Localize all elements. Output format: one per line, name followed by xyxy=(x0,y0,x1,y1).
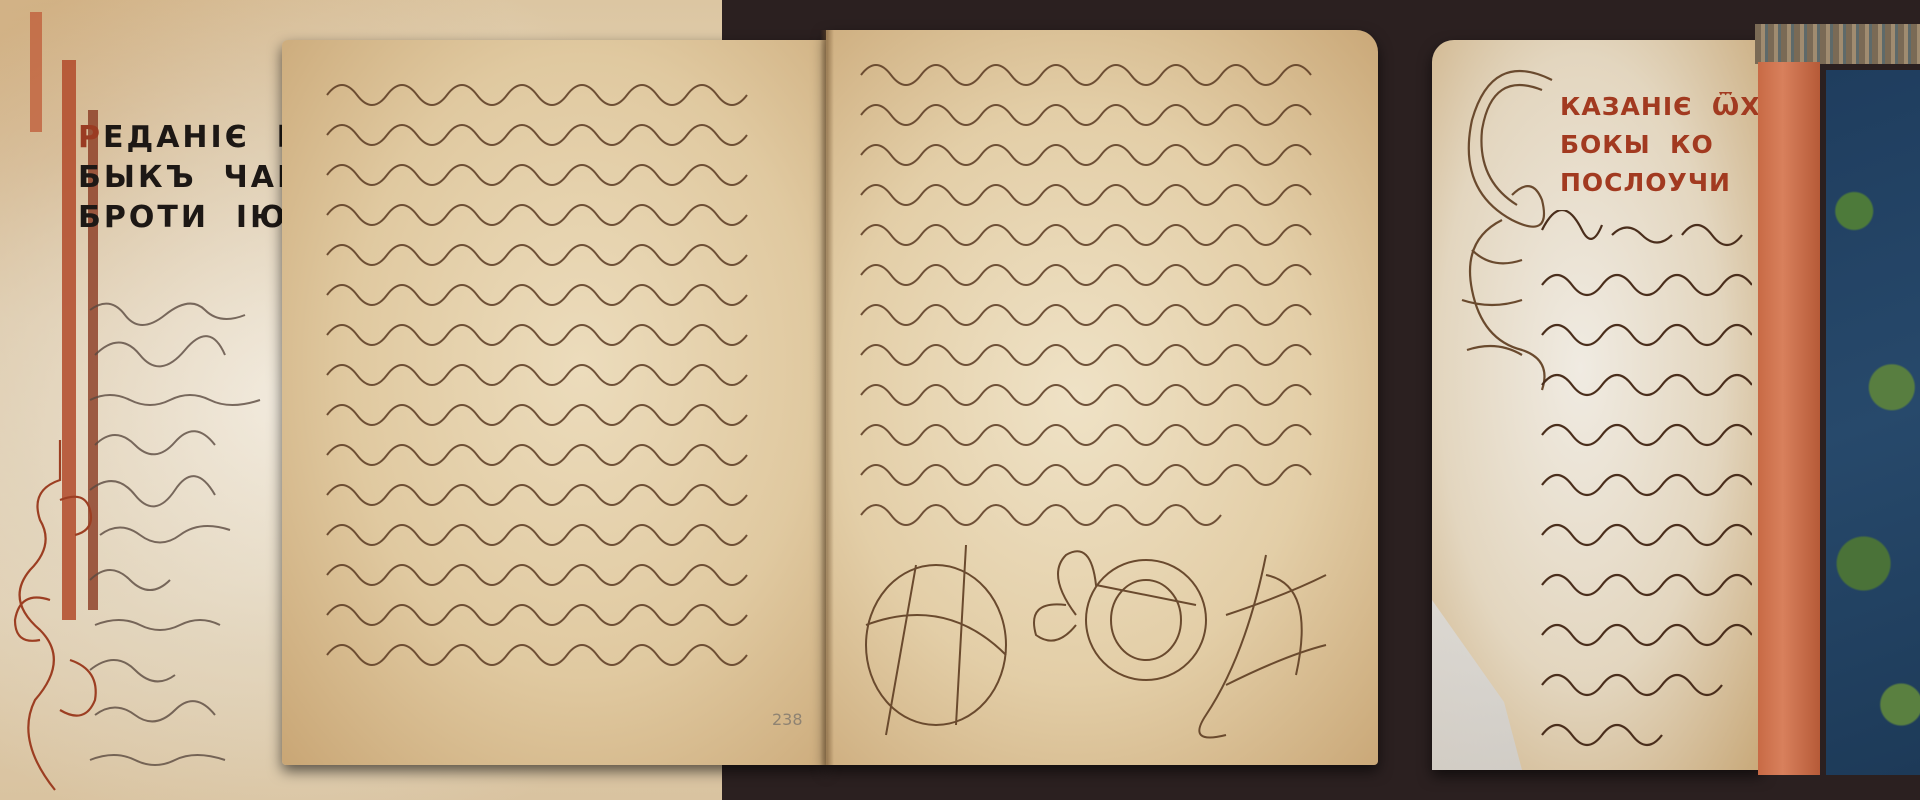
cursive-handwriting-right xyxy=(856,60,1356,530)
heading-line-2: БОКЫ КО xyxy=(1560,130,1714,159)
heading-line-3: ПОСЛОУЧИ xyxy=(1560,168,1731,197)
open-cursive-manuscript-book: 238 xyxy=(282,30,1378,770)
illuminated-initial-top xyxy=(30,12,122,132)
book-left-page xyxy=(282,40,826,765)
page-number: 238 xyxy=(772,710,803,729)
decorative-monogram-signatures xyxy=(846,535,1346,745)
floral-flourish-ornament xyxy=(0,440,120,800)
title-line-3: БРОТИ ІЮ xyxy=(78,200,288,235)
book-binding-leather-edge xyxy=(1758,62,1820,775)
right-manuscript-page: КАЗАНІЄ ѾХРАБ БОКЫ КО ПОСЛОУЧИ xyxy=(1432,40,1762,770)
book-spine-gutter xyxy=(820,30,834,765)
book-binding-top-edge xyxy=(1755,24,1920,64)
book-right-page xyxy=(826,30,1378,765)
cursive-handwriting-right-manuscript xyxy=(1532,210,1752,750)
marbled-paper-cover xyxy=(1826,70,1920,775)
cursive-handwriting-left xyxy=(322,80,792,720)
paper-repair-patch xyxy=(1432,600,1522,770)
